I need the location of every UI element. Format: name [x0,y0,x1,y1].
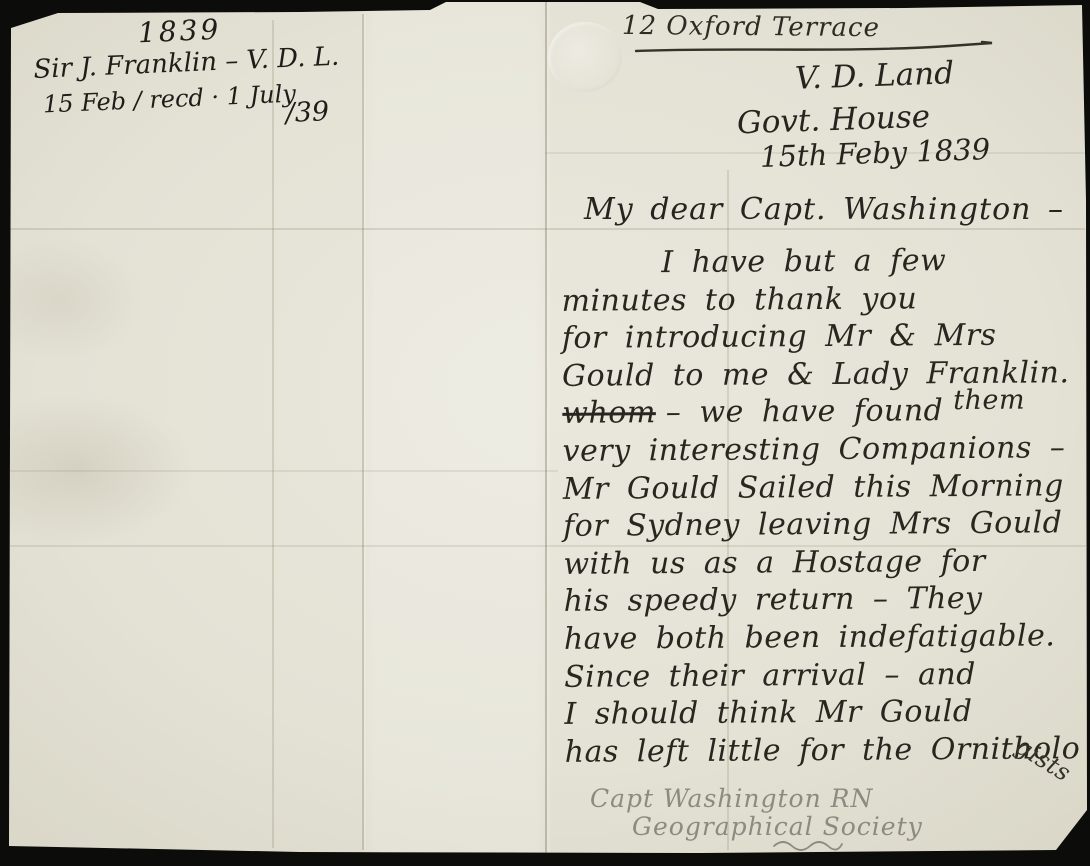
fold-crease-vertical [362,14,364,850]
body-line: his speedy return – They [564,580,1086,621]
underline-flourish [634,40,1006,56]
letter-body: I have but a few minutes to thank you fo… [561,241,1087,771]
dateline-place: V. D. Land [794,55,954,97]
dateline-date: 15th Feby 1839 [759,132,990,174]
center-fold-crease [545,0,547,855]
docket-squiggle [772,838,844,852]
body-line: with us as a Hostage for [563,542,1085,583]
fold-crease-horizontal [8,470,558,472]
body-line: Mr Gould Sailed this Morning [563,467,1085,508]
inserted-word: them [953,385,1025,417]
salutation: My dear Capt. Washington – [584,192,1064,227]
letter-scan: 1839 Sir J. Franklin – V. D. L. 15 Feb /… [0,0,1090,866]
archival-note: 1839 Sir J. Franklin – V. D. L. 15 Feb /… [25,5,360,149]
archival-date-line: 15 Feb / recd · 1 July [42,80,296,119]
body-line: minutes to thank you [561,279,1083,320]
struck-word: whom [562,396,656,432]
body-line: have both been indefatigable. [564,617,1086,658]
archival-year: 1839 [137,13,222,50]
body-line: for Sydney leaving Mrs Gould [563,504,1085,545]
embossed-seal [548,22,622,92]
docket-line: Geographical Society [632,812,923,841]
body-line: I have but a few [561,241,1083,282]
body-line: very interesting Companions – [562,429,1084,470]
address-heading: 12 Oxford Terrace [622,11,880,43]
docket-line: Capt Washington RN [590,784,873,813]
body-line: I should think Mr Gould [564,692,1086,733]
body-line: has left little for the Ornitholo [565,730,1087,771]
body-line: Since their arrival – and [564,655,1086,696]
fold-crease-horizontal [10,228,1085,230]
archival-received-year: /39 [285,96,330,129]
body-line: for introducing Mr & Mrs [562,316,1084,357]
body-line-with-correction: whom– we have foundthem [562,392,1084,433]
paper-sheet: 1839 Sir J. Franklin – V. D. L. 15 Feb /… [0,0,1090,866]
archival-name-line: Sir J. Franklin – V. D. L. [33,42,340,85]
fold-crease-vertical [272,20,274,848]
body-line-text: – we have found [666,394,944,431]
